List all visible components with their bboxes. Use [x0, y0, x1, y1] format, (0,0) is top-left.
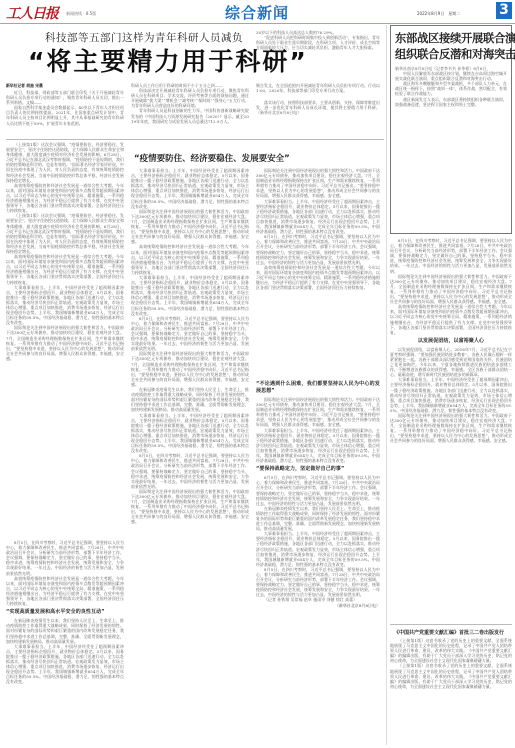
lead-paragraph: 落实该行动，按照科技部要求，主要从创新、支持、保障等维度出发，进一步优化青年科研… [256, 100, 380, 115]
side-story-body: 新华社南京8月8日电（记者李书书 孙华枢）8月8日， 中国人民解放军东部战区按计… [395, 66, 507, 107]
bottom-story-title[interactable]: 《中国共产党重要文献汇编》首批三二卷出版发行 [394, 629, 504, 636]
story-paragraph: （上接第1版）这次会议强调，“疫情要防住、经济要稳住、发展要安全”，坚决守住防控… [6, 142, 124, 183]
story-paragraph: 国际舆论关注到中国经济展现出的强大韧性和活力。中国政府下达300亿元专项债券，推… [256, 168, 380, 199]
story-paragraph: 8月5日，在四川考察时，习近平总书记强调，要坚持以人民为中心，着力保障和改善民生… [6, 540, 124, 576]
newspaper-logo[interactable]: 工人日报 [6, 3, 58, 23]
story-paragraph: 8月5日，在四川考察时，习近平总书记强调，要坚持以人民为中心，着力保障和改善民生… [131, 316, 249, 352]
lead-paragraph: 科技部决定开展减轻青年科研人员负担专项行动，聚焦青年科研人员在科研项目、学术交流… [131, 88, 249, 108]
page-number-badge: 3 [496, 2, 512, 19]
story-paragraph: 国际舆论关注到中国经济展现出的强大韧性和活力。中国政府下达300亿元专项债券，推… [256, 397, 380, 428]
story-column-3: 国际舆论关注到中国经济展现出的强大韧性和活力。中国政府下达300亿元专项债券，推… [256, 168, 380, 378]
story-paragraph: 高效统筹疫情防控和经济社会发展是一道综合性大考题。今年以来，面对国际环境复杂演变… [6, 183, 124, 214]
right-column: 8月5日，在四川考察时，习近平总书记强调，要坚持以人民为中心，着力保障和改善民生… [390, 238, 512, 623]
lead-column-2: 科研人员工作日用于科研的时间不少于五分之四—— 科技部决定开展减轻青年科研人员负… [131, 83, 249, 136]
right-paragraph: 大事难事看担当。上半年，中国经济经受住了超预期因素冲击，主要经济指标企稳回升，就… [390, 377, 512, 413]
side-story-paragraph: 战区新闻发言人表示，东部战区将持续组织各种联合演训，加强战备巡逻，坚决捍卫国家主… [395, 97, 507, 107]
lead-column-4: 30岁以下的科技人员高达总人数的76.29%。 “促进科研人员把科研时间集中投入… [256, 30, 380, 82]
story-paragraph: 大事难事看担当。上半年，中国经济经受住了超预期因素冲击，主要经济指标企稳回升，就… [131, 413, 249, 454]
divider [390, 624, 512, 625]
story-paragraph: 大事难事看担当。上半年，中国经济经受住了超预期因素冲击，主要经济指标企稳回升，就… [131, 168, 249, 209]
right-paragraph: 国际舆论关注到中国经济展现出的强大韧性和活力。中国政府下达300亿元专项债券，推… [390, 274, 512, 305]
story-paragraph: 大事难事看担当。上半年，中国经济经受住了超预期因素冲击，主要经济指标企稳回升，就… [256, 199, 380, 235]
story-column-1: （上接第1版）这次会议强调，“疫情要防住、经济要稳住、发展要安全”，坚决守住防控… [6, 142, 124, 537]
story-paragraph: （上接第1版）这次会议强调，“疫情要防住、经济要稳住、发展要安全”，坚决守住防控… [6, 213, 124, 254]
lead-paragraph: 聚合发文，在全国范围内开展减轻青年科研人员负担专项行动。行动以1:00，2020… [256, 83, 380, 93]
lead-column-5: 落实该行动，按照科技部要求，主要从创新、支持、保障等维度出发，进一步优化青年科研… [256, 100, 380, 136]
story-paragraph: 在新冠肺炎疫情发生以来，我们坚持人民至上、生命至上，推动疫情防控工作取得重大战略… [6, 618, 124, 643]
story-paragraph: 国际舆论关注到中国经济展现出的强大韧性和活力。中国政府下达300亿元专项债券，推… [131, 209, 249, 245]
side-story-paragraph: 战区海军多艘舰艇和多型多架战机，多个部队人力单元，在战区统一指挥下，按照“战训一… [395, 81, 507, 96]
story-paragraph: 在新冠肺炎疫情发生以来，我们坚持人民至上、生命至上，推动疫情防控工作取得重大战略… [256, 506, 380, 531]
story-column-3b: “不论遇到什么困难，我们都要坚持以人民为中心的发展思想” 国际舆论关注到中国经济… [256, 378, 380, 743]
bottom-paragraph: （上接第1版）这套书收录了党的历史上的重要文献，全面系统地展现了马克思主义中国化… [390, 638, 512, 663]
story-paragraph: 高效统筹疫情防控和经济社会发展是一道综合性大考题。今年以来，面对国际环境复杂演变… [6, 576, 124, 607]
story-headline[interactable]: “疫情要防住、经济要稳住、发展要安全” [134, 152, 290, 164]
subhead-people-centered: “不论遇到什么困难，我们都要坚持以人民为中心的发展思想” [256, 381, 380, 395]
divider [6, 139, 384, 140]
story-paragraph: 大事难事看担当。上半年，中国经济经受住了超预期因素冲击，主要经济指标企稳回升，就… [131, 275, 249, 316]
side-story-paragraph: 中国人民解放军东部战区按计划，继续在台岛周边海空域开展实战化联合演训，重点组织联… [395, 71, 507, 81]
lead-paragraph: 青年科研人员是科技创新的生力军。中国科协创新战略研究院发布的《中国科技人力资源发… [131, 108, 249, 123]
lead-byline: 新华社记者 胡喆 宋晨 [6, 83, 43, 89]
subhead-unity-prosperity: 以发展促团结，以富裕聚人心 [390, 338, 512, 345]
story-paragraph: 8月5日，在四川考察时，习近平总书记强调，要坚持以人民为中心，着力保障和改善民生… [256, 567, 380, 598]
right-paragraph: 8月5日，在四川考察时，习近平总书记强调，要坚持以人民为中心，着力保障和改善民生… [390, 238, 512, 274]
right-paragraph: 国际舆论关注到中国经济展现出的强大韧性和活力。中国政府下达300亿元专项债券，推… [390, 413, 512, 444]
subhead-security-development: “实现高质量发展和高水平安全的良性互动” [6, 609, 124, 616]
story-paragraph: 大事难事看担当。上半年，中国经济经受住了超预期因素冲击，主要经济指标企稳回升，就… [256, 531, 380, 567]
story-signoff: （新华社北京8月8日电） [256, 603, 380, 608]
subhead-strategic-focus: “要保持战略定力，坚定做好自己的事” [256, 466, 380, 473]
bottom-story-body: （上接第1版）这套书收录了党的历史上的重要文献，全面系统地展现了马克思主义中国化… [390, 638, 512, 744]
story-paragraph: 8月5日，在四川考察时，习近平总书记强调，要坚持以人民为中心，着力保障和改善民生… [256, 475, 380, 506]
story-paragraph: 国际舆论关注到中国经济展现出的强大韧性和活力。中国政府下达300亿元专项债券，推… [131, 489, 249, 525]
story-paragraph: 国际舆论关注到中国经济展现出的强大韧性和活力。中国政府下达300亿元专项债券，推… [131, 351, 249, 387]
lead-paragraph: “促进科研人员把科研时间集中投入到创新活动”，专家指出，青年科研人员处于职业生涯… [256, 35, 380, 50]
side-story-box: 东部战区接续开展联合演训 组织联合反潜和对海突击行动 新华社南京8月8日电（记者… [390, 25, 512, 234]
story-paragraph: 大事难事看担当。上半年，中国经济经受住了超预期因素冲击，主要经济指标企稳回升，就… [256, 428, 380, 464]
story-paragraph: 8月5日，在四川考察时，习近平总书记强调，要坚持以人民为中心，着力保障和改善民生… [131, 453, 249, 489]
lead-paragraph: 国家自然科学基金委员会数据显示，40岁以下青年人才担任项目负责人的比例持续提高。… [6, 105, 124, 125]
right-paragraph: 高效统筹疫情防控和经济社会发展是一道综合性大考题。今年以来，面对国际环境复杂演变… [390, 304, 512, 335]
bottom-paragraph: （上接第1版）这套书收录了党的历史上的重要文献，全面系统地展现了马克思主义中国化… [390, 663, 512, 688]
lead-column-1: 近日，科技部、财政部等五部门联合印发《关于开展减轻青年科研人员负担专项行动的通知… [6, 90, 124, 130]
story-paragraph: 8月5日，在四川考察时，习近平总书记强调，要坚持以人民为中心，着力保障和改善民生… [256, 234, 380, 265]
story-paragraph: 高效统筹疫情防控和经济社会发展是一道综合性大考题。今年以来，面对国际环境复杂演变… [131, 244, 249, 275]
story-paragraph: 高效统筹疫情防控和经济社会发展是一道综合性大考题。今年以来，面对国际环境复杂演变… [6, 254, 124, 285]
section-title: 综合新闻 [225, 2, 289, 23]
story-paragraph: 在新冠肺炎疫情发生以来，我们坚持人民至上、生命至上，推动疫情防控工作取得重大战略… [131, 387, 249, 412]
story-paragraph: 大事难事看担当。上半年，中国经济经受住了超预期因素冲击，主要经济指标企稳回升，就… [6, 285, 124, 326]
lead-paragraph: 近日，科技部、财政部等五部门联合印发《关于开展减轻青年科研人员负担专项行动的通知… [6, 90, 124, 105]
story-paragraph: 高效统筹疫情防控和经济社会发展是一道综合性大考题。今年以来，面对国际环境复杂演变… [256, 265, 380, 290]
side-story-title-1[interactable]: 东部战区接续开展联合演训 [395, 30, 507, 46]
right-paragraph: 以发展促团结，以富裕聚人心。2016年7月，习近平总书记在宁夏考察时强调，“要加… [390, 347, 512, 378]
logo-subtitle: 新闻热线 · 8.5版 [66, 11, 96, 17]
issue-date: 2022年8月9日 星期二 [417, 11, 460, 17]
story-paragraph: 国际舆论关注到中国经济展现出的强大韧性和活力。中国政府下达300亿元专项债券，推… [6, 325, 124, 361]
side-story-title-2[interactable]: 组织联合反潜和对海突击行动 [395, 46, 507, 62]
story-column-1b: 8月5日，在四川考察时，习近平总书记强调，要坚持以人民为中心，着力保障和改善民生… [6, 540, 124, 743]
masthead: 工人日报 新闻热线 · 8.5版 综合新闻 2022年8月9日 星期二 3 [0, 0, 515, 24]
story-paragraph: 大事难事看担当。上半年，中国经济经受住了超预期因素冲击，主要经济指标企稳回升，就… [6, 644, 124, 685]
story-column-2: 大事难事看担当。上半年，中国经济经受住了超预期因素冲击，主要经济指标企稳回升，就… [131, 168, 249, 743]
column-separator [386, 25, 387, 745]
